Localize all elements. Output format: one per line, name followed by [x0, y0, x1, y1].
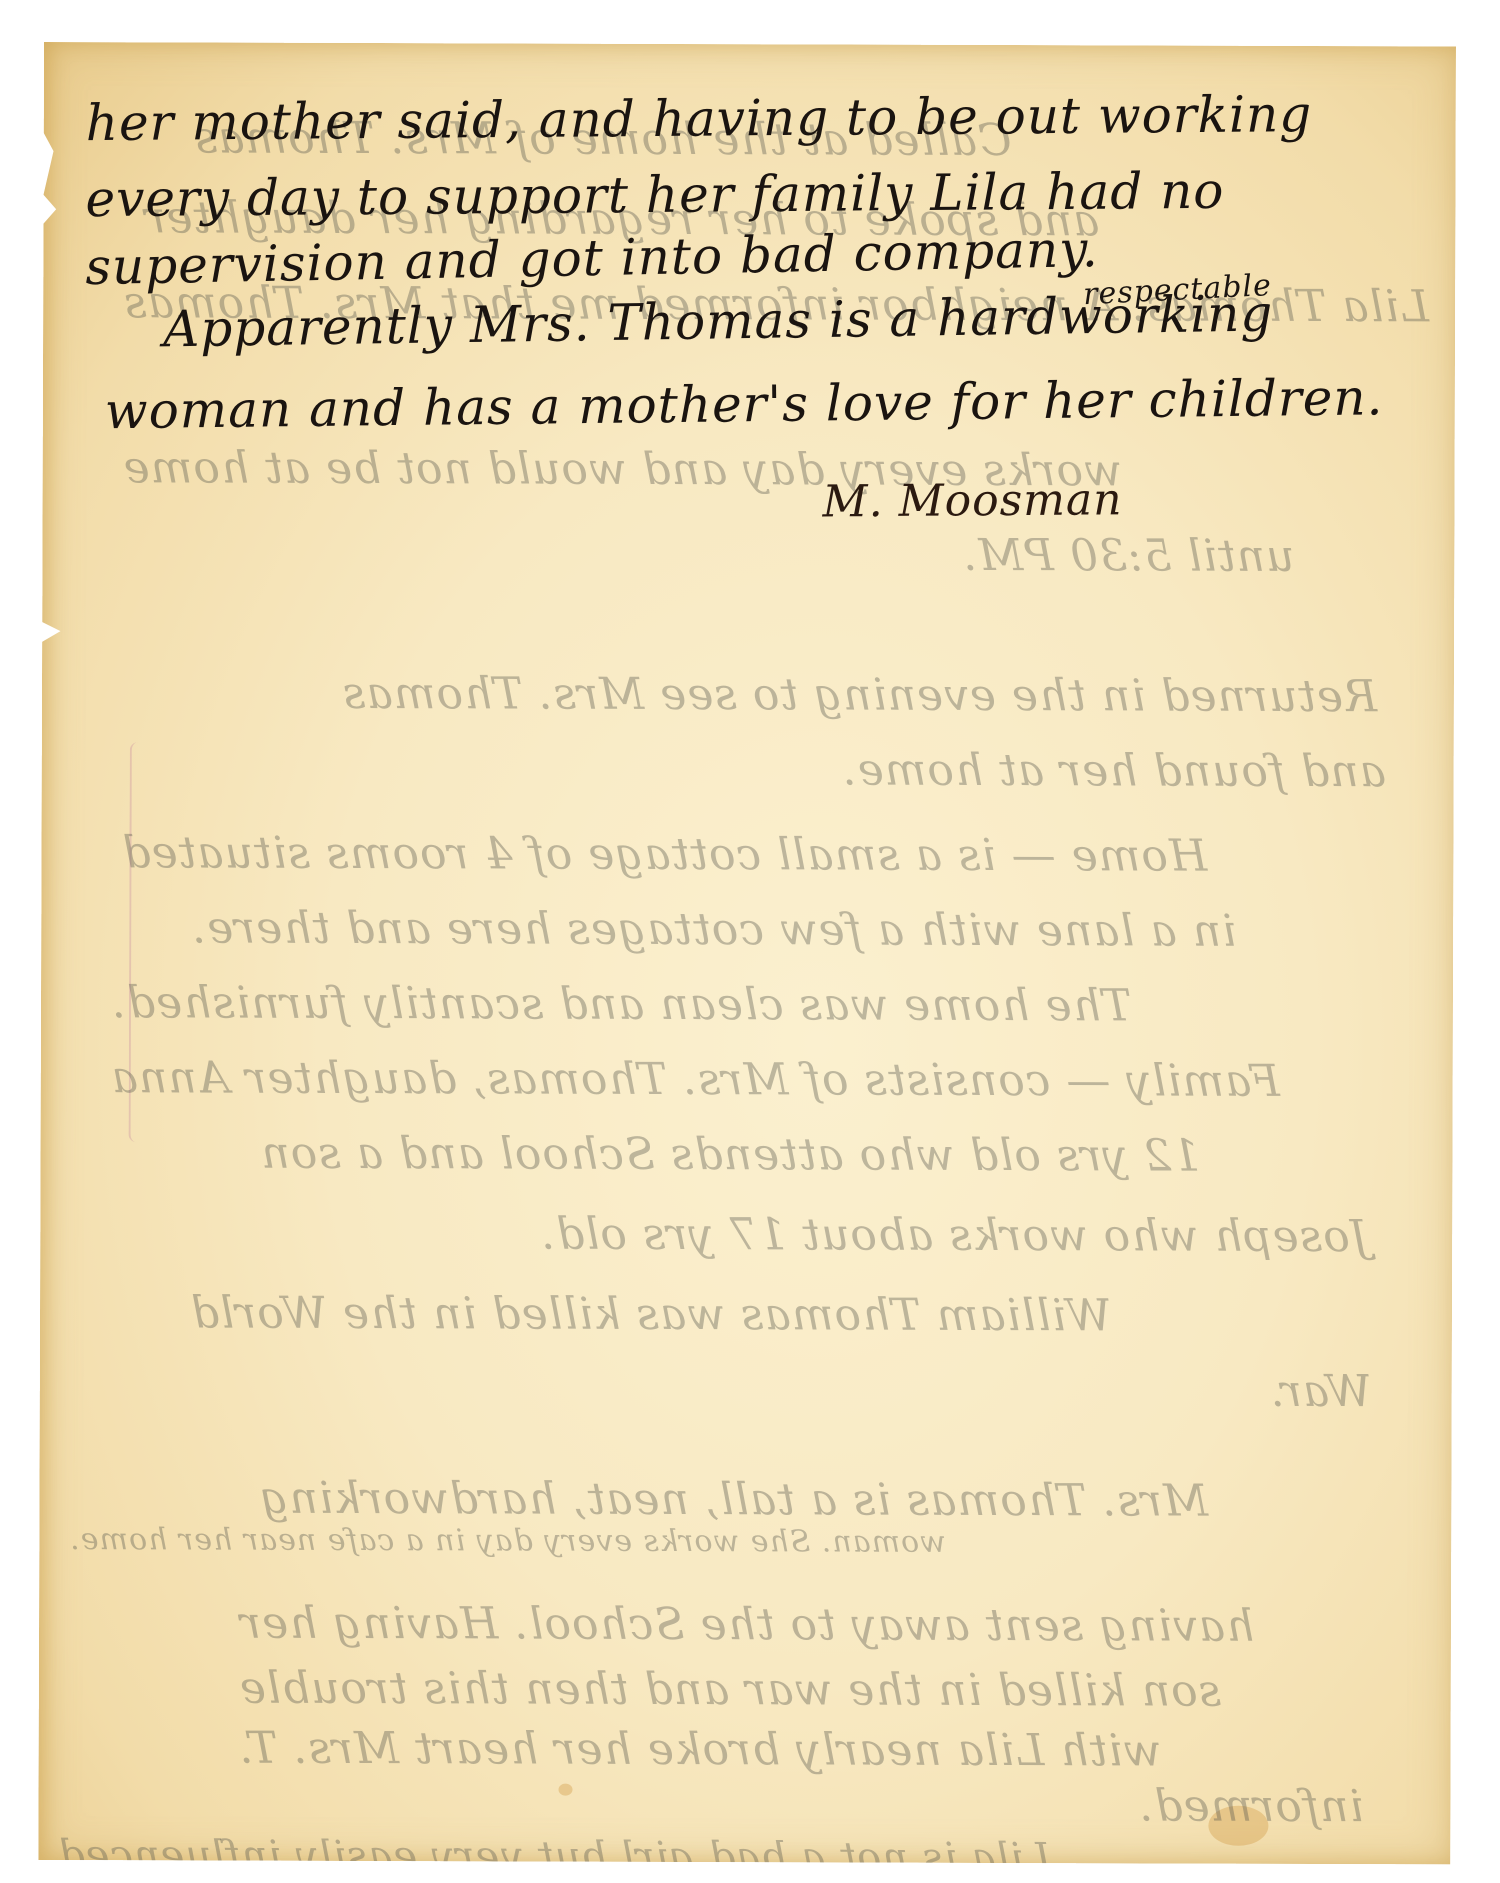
letter-page: Called at the home of Mrs. Thomas and sp… — [38, 42, 1456, 1864]
bleed-through-line: woman. She works every day in a cafe nea… — [69, 1522, 946, 1560]
bleed-through-line: and found her at home. — [842, 745, 1386, 798]
bleed-through-line: Mrs. Thomas is a tall, neat, hardworking — [259, 1473, 1208, 1527]
paper-stain — [558, 1784, 572, 1796]
bleed-through-line: Returned in the evening to see Mrs. Thom… — [342, 668, 1377, 722]
bleed-through-line: with Lila nearly broke her heart Mrs. T. — [239, 1723, 1162, 1777]
bleed-through-line: Home — is a small cottage of 4 rooms sit… — [121, 827, 1207, 881]
bleed-through-line: War. — [1270, 1366, 1372, 1417]
bleed-through-line: having sent away to the School. Having h… — [239, 1598, 1255, 1652]
bleed-through-line: informed. — [1138, 1780, 1363, 1832]
bleed-through-line: son killed in the war and then this trou… — [239, 1663, 1222, 1717]
bleed-through-line: William Thomas was killed in the World — [190, 1287, 1112, 1341]
bleed-through-line: 12 yrs old who attends School and a son — [260, 1128, 1200, 1182]
handwritten-line-2: every day to support her family Lila had… — [85, 162, 1224, 228]
bleed-through-line: Family — consists of Mrs. Thomas, daught… — [111, 1052, 1280, 1107]
bleed-through-line: Joseph who works about 17 yrs old. — [540, 1209, 1368, 1263]
bleed-through-line: until 5:30 PM. — [962, 530, 1294, 582]
handwritten-line-1: her mother said, and having to be out wo… — [86, 85, 1313, 152]
bleed-through-line: in a lane with a few cottages here and t… — [191, 902, 1236, 956]
handwritten-line-5: woman and has a mother's love for her ch… — [105, 368, 1384, 440]
signature: M. Moosman — [822, 474, 1122, 527]
bleed-through-line: The home was clean and scantily furnishe… — [111, 977, 1132, 1031]
bleed-through-line: Lila is not a bad girl but very easily i… — [58, 1832, 1051, 1881]
